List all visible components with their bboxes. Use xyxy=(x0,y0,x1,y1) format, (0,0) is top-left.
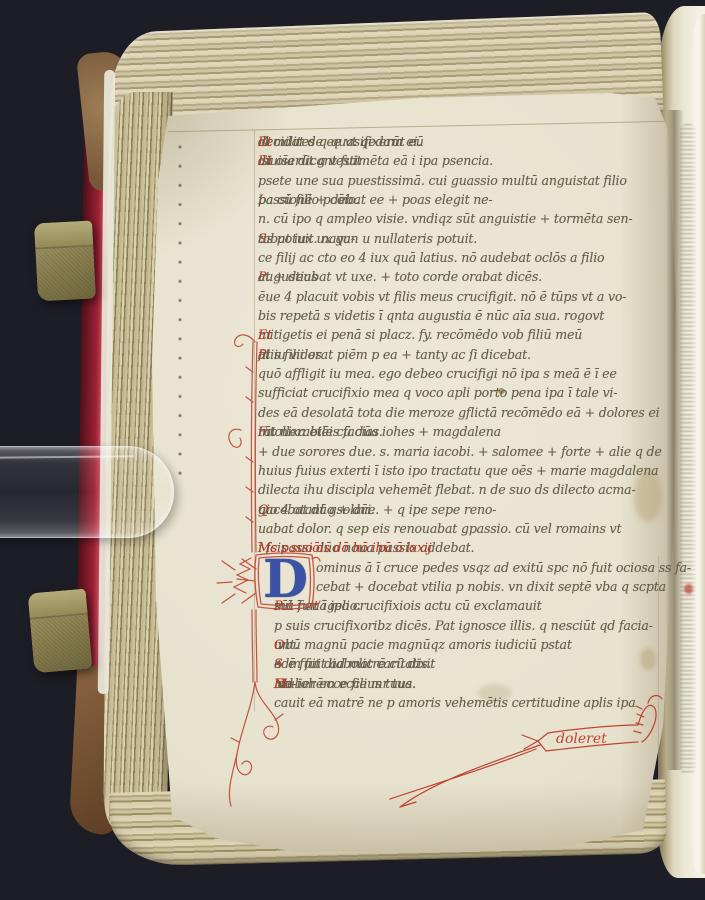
strap-bottom-fold xyxy=(28,589,88,620)
text-line: augustiabat vt uxe. + toto corde orabat … xyxy=(258,267,690,286)
initial-letter: D xyxy=(263,550,308,610)
text-line: ce filij ac cto eo 4 iux quā latius. nō … xyxy=(258,248,690,267)
text-line: psete une sua puestissimā. cui guassio m… xyxy=(258,171,690,190)
facing-page-curl xyxy=(690,14,705,874)
catchword-text: doleret xyxy=(556,731,607,747)
strap-top-fold xyxy=(34,221,93,250)
illuminated-initial-d: D xyxy=(248,549,324,613)
strap-bottom xyxy=(28,589,93,674)
text-line: decidat de ee vt qedam ei. Et 4 milites … xyxy=(258,132,690,151)
acrylic-page-holder xyxy=(0,446,174,538)
text-line: ēue 4 placuit vobis vt filis meus crucif… xyxy=(258,287,690,306)
rod-highlight xyxy=(0,455,134,458)
text-line: tis potuit. nayan u nullateris potuit. S… xyxy=(258,229,690,248)
text-line: diuiserūt g vestimēta eā i ipa psencia. … xyxy=(258,151,690,170)
prick-marks xyxy=(176,144,185,484)
strap-top xyxy=(34,221,96,302)
text-line: bis repetā s videtis ī qnta augustia ē n… xyxy=(258,306,690,325)
catchword-banner: doleret xyxy=(380,695,680,825)
text-line: passionē + cōio. Ipa cū filio pdebat ee … xyxy=(258,190,690,209)
manuscript-photo: decidat de ee vt qedam ei. Et 4 milites … xyxy=(0,0,705,900)
text-line: n. cū ipo q ampleo visie. vndiqz sūt ang… xyxy=(258,209,690,228)
